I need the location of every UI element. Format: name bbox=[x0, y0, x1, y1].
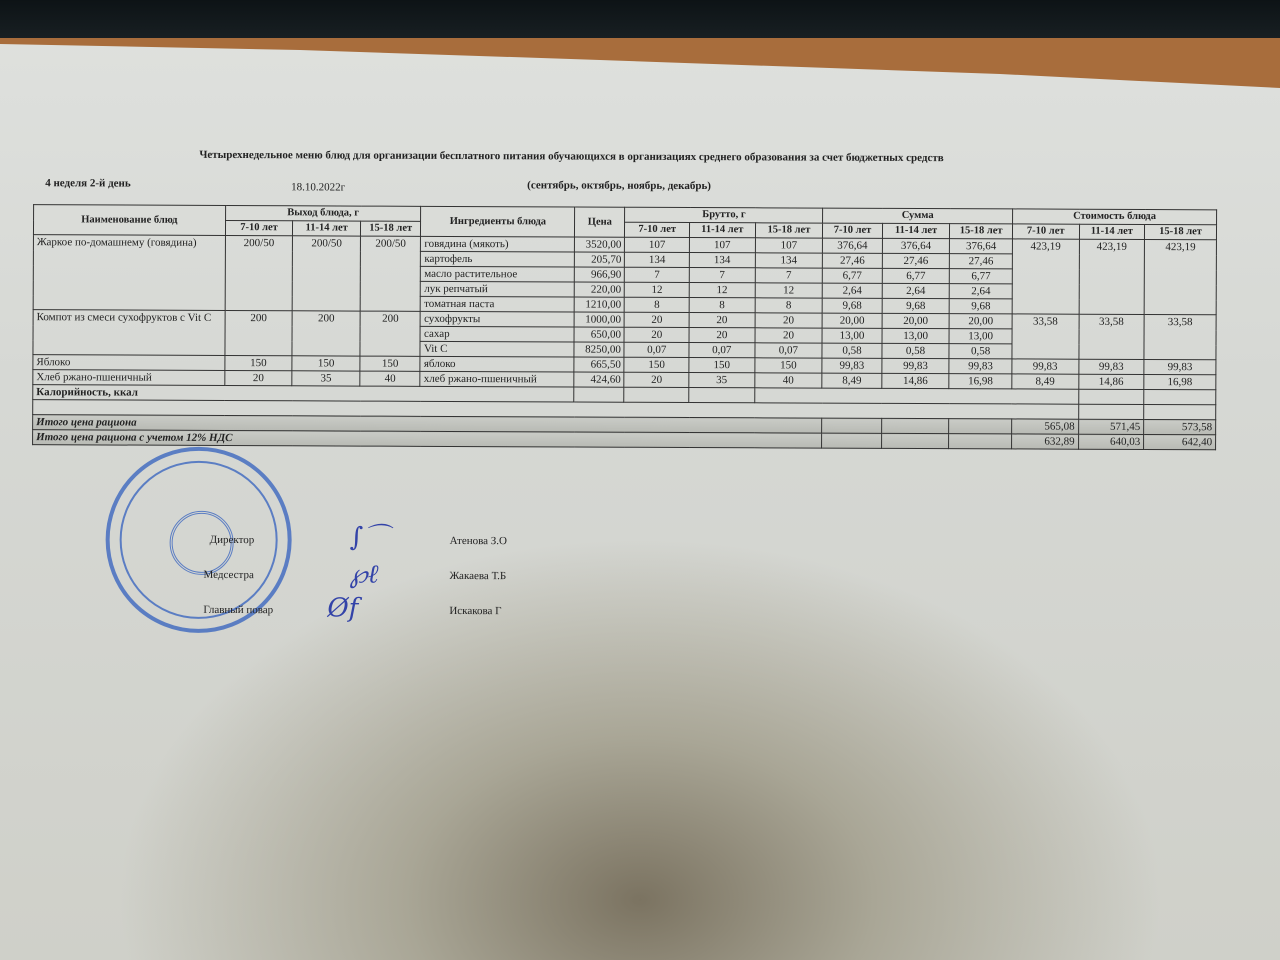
ingredient-name: сухофрукты bbox=[421, 311, 575, 327]
dish-yield: 150 bbox=[225, 355, 293, 370]
empty-cell bbox=[754, 388, 1078, 404]
dish-yield: 200 bbox=[225, 310, 293, 355]
ingredient-gross: 20 bbox=[689, 313, 755, 328]
total-value: 565,08 bbox=[1012, 419, 1079, 434]
dish-cost: 99,83 bbox=[1078, 359, 1144, 374]
ingredient-gross: 8 bbox=[755, 298, 823, 313]
ingredient-name: Vit C bbox=[420, 341, 574, 357]
header-cost-age: 7-10 лет bbox=[1012, 224, 1079, 239]
header-gross-age: 15-18 лет bbox=[755, 223, 823, 238]
ingredient-sum: 376,64 bbox=[823, 238, 883, 253]
ingredient-sum: 6,77 bbox=[950, 269, 1013, 284]
total-vat-value: 640,03 bbox=[1078, 434, 1144, 449]
ingredient-gross: 107 bbox=[755, 238, 823, 253]
empty-cell bbox=[881, 418, 949, 433]
dish-cost: 33,58 bbox=[1144, 314, 1216, 359]
dish-yield: 35 bbox=[292, 371, 360, 386]
header-yield: Выход блюда, г bbox=[225, 205, 421, 221]
ingredient-sum: 13,00 bbox=[822, 328, 882, 343]
ingredient-price: 650,00 bbox=[574, 327, 624, 342]
ingredient-price: 220,00 bbox=[574, 282, 624, 297]
dish-yield: 200 bbox=[360, 311, 421, 356]
signature-role: Главный повар bbox=[203, 604, 273, 616]
ingredient-gross: 7 bbox=[625, 267, 690, 282]
ingredient-sum: 27,46 bbox=[823, 253, 883, 268]
header-cost-age: 11-14 лет bbox=[1079, 224, 1145, 239]
ingredient-gross: 20 bbox=[625, 312, 690, 327]
ingredient-sum: 6,77 bbox=[882, 268, 950, 283]
ingredient-name: лук репчатый bbox=[421, 281, 575, 297]
ingredient-gross: 7 bbox=[689, 268, 755, 283]
signature-name: Атенова З.О bbox=[450, 535, 507, 547]
dish-yield: 150 bbox=[360, 356, 421, 371]
dish-cost: 14,86 bbox=[1078, 374, 1144, 389]
dish-cost: 33,58 bbox=[1078, 314, 1144, 359]
ingredient-price: 665,50 bbox=[574, 357, 624, 372]
ingredient-sum: 0,58 bbox=[822, 343, 882, 358]
ingredient-sum: 27,46 bbox=[950, 254, 1013, 269]
ingredient-gross: 107 bbox=[689, 238, 755, 253]
ingredient-sum: 99,83 bbox=[882, 358, 950, 373]
ingredient-sum: 20,00 bbox=[882, 313, 950, 328]
ingredient-sum: 14,86 bbox=[882, 373, 950, 388]
dish-cost: 423,19 bbox=[1144, 239, 1216, 314]
ingredient-gross: 0,07 bbox=[689, 343, 755, 358]
ingredient-name: сахар bbox=[420, 326, 574, 342]
ingredient-gross: 134 bbox=[755, 253, 823, 268]
ingredient-sum: 99,83 bbox=[822, 358, 882, 373]
signature-role: Директор bbox=[210, 534, 255, 546]
ingredient-sum: 16,98 bbox=[949, 374, 1012, 389]
dish-cost: 99,83 bbox=[1144, 359, 1216, 374]
empty-cell bbox=[689, 388, 755, 403]
ingredient-gross: 8 bbox=[689, 298, 755, 313]
ingredient-price: 424,60 bbox=[574, 372, 624, 387]
ingredient-gross: 0,07 bbox=[755, 343, 823, 358]
header-sum-age: 15-18 лет bbox=[950, 224, 1013, 239]
ingredient-gross: 0,07 bbox=[624, 342, 689, 357]
dish-name: Жаркое по-домашнему (говядина) bbox=[33, 235, 225, 311]
empty-cell bbox=[822, 418, 882, 433]
empty-cell bbox=[881, 433, 949, 448]
ingredient-sum: 9,68 bbox=[822, 298, 882, 313]
ingredient-sum: 2,64 bbox=[822, 283, 882, 298]
header-yield-age: 15-18 лет bbox=[360, 221, 421, 236]
empty-cell bbox=[949, 419, 1012, 434]
total-vat-value: 632,89 bbox=[1011, 434, 1078, 449]
dish-cost: 423,19 bbox=[1079, 239, 1145, 314]
header-sum: Сумма bbox=[823, 208, 1013, 224]
ingredient-gross: 8 bbox=[625, 297, 690, 312]
document-date: 18.10.2022г bbox=[291, 181, 345, 193]
document: Четырехнедельное меню блюд для организац… bbox=[0, 0, 1280, 960]
ingredient-gross: 20 bbox=[624, 327, 689, 342]
ingredient-gross: 35 bbox=[689, 373, 755, 388]
header-ingredients: Ингредиенты блюда bbox=[421, 206, 575, 237]
empty-cell bbox=[822, 433, 882, 448]
ingredient-gross: 150 bbox=[689, 358, 755, 373]
handwritten-signature: ∫⌒ bbox=[350, 517, 390, 554]
header-sum-age: 7-10 лет bbox=[823, 223, 883, 238]
dish-yield: 200/50 bbox=[225, 235, 293, 310]
dish-yield: 150 bbox=[292, 356, 360, 371]
ingredient-name: яблоко bbox=[420, 356, 574, 372]
ingredient-sum: 6,77 bbox=[823, 268, 883, 283]
header-yield-age: 7-10 лет bbox=[225, 220, 293, 235]
ingredient-gross: 134 bbox=[625, 252, 690, 267]
ingredient-sum: 2,64 bbox=[882, 283, 950, 298]
signature-name: Искакова Г bbox=[449, 605, 501, 617]
ingredient-gross: 7 bbox=[755, 268, 823, 283]
ingredient-gross: 134 bbox=[689, 253, 755, 268]
header-dish-cost: Стоимость блюда bbox=[1012, 209, 1216, 225]
menu-table: Наименование блюд Выход блюда, г Ингреди… bbox=[32, 204, 1217, 450]
handwritten-signature: ℘ℓ bbox=[349, 560, 378, 590]
dish-name: Хлеб ржано-пшеничный bbox=[33, 370, 225, 386]
dish-yield: 200 bbox=[292, 311, 360, 356]
ingredient-price: 3520,00 bbox=[575, 237, 625, 252]
dish-name: Компот из смеси сухофруктов с Vit C bbox=[33, 310, 225, 356]
header-gross: Брутто, г bbox=[625, 207, 823, 223]
ingredient-name: масло растительное bbox=[421, 266, 575, 282]
header-price: Цена bbox=[575, 207, 625, 237]
document-subtitle: (сентябрь, октябрь, ноябрь, декабрь) bbox=[527, 179, 711, 192]
total-vat-label: Итого цена рациона с учетом 12% НДС bbox=[33, 430, 822, 448]
ingredient-price: 1000,00 bbox=[574, 312, 624, 327]
header-gross-age: 7-10 лет bbox=[625, 222, 690, 237]
ingredient-gross: 40 bbox=[754, 373, 822, 388]
ingredient-gross: 20 bbox=[755, 313, 823, 328]
empty-cell bbox=[1078, 389, 1144, 404]
dish-name: Яблоко bbox=[33, 355, 225, 371]
ingredient-sum: 9,68 bbox=[882, 298, 950, 313]
dish-yield: 20 bbox=[225, 370, 293, 385]
header-sum-age: 11-14 лет bbox=[882, 223, 950, 238]
ingredient-gross: 12 bbox=[625, 282, 690, 297]
ingredient-sum: 20,00 bbox=[822, 313, 882, 328]
ingredient-price: 205,70 bbox=[575, 252, 625, 267]
week-day: 4 неделя 2-й день bbox=[45, 177, 131, 189]
dish-yield: 200/50 bbox=[360, 236, 421, 311]
ingredient-name: говядина (мякоть) bbox=[421, 236, 575, 252]
empty-cell bbox=[1144, 389, 1216, 404]
dish-cost: 423,19 bbox=[1012, 239, 1079, 314]
ingredient-price: 1210,00 bbox=[574, 297, 624, 312]
empty-cell bbox=[574, 387, 624, 402]
handwritten-signature: Øf bbox=[327, 593, 358, 623]
dish-cost: 99,83 bbox=[1012, 359, 1079, 374]
empty-cell bbox=[949, 434, 1012, 449]
total-vat-value: 642,40 bbox=[1144, 434, 1216, 449]
ingredient-sum: 27,46 bbox=[882, 253, 950, 268]
ingredient-sum: 0,58 bbox=[949, 344, 1012, 359]
ingredient-gross: 150 bbox=[755, 358, 823, 373]
ingredient-gross: 12 bbox=[755, 283, 823, 298]
total-value: 573,58 bbox=[1144, 419, 1216, 434]
ingredient-price: 966,90 bbox=[575, 267, 625, 282]
dish-cost: 16,98 bbox=[1144, 374, 1216, 389]
ingredient-name: томатная паста bbox=[421, 296, 575, 312]
ingredient-gross: 12 bbox=[689, 283, 755, 298]
header-gross-age: 11-14 лет bbox=[690, 223, 756, 238]
ingredient-gross: 20 bbox=[755, 328, 823, 343]
dish-yield: 40 bbox=[360, 371, 421, 386]
signature-role: Медсестра bbox=[203, 569, 253, 581]
dish-cost: 8,49 bbox=[1012, 374, 1079, 389]
ingredient-sum: 13,00 bbox=[882, 328, 950, 343]
ingredient-name: хлеб ржано-пшеничный bbox=[420, 371, 574, 387]
header-dish-name: Наименование блюд bbox=[33, 205, 225, 236]
empty-cell bbox=[1144, 404, 1216, 419]
ingredient-sum: 13,00 bbox=[949, 329, 1012, 344]
ingredient-sum: 0,58 bbox=[882, 343, 950, 358]
calories-label: Калорийность, ккал bbox=[33, 385, 574, 402]
ingredient-gross: 20 bbox=[624, 372, 689, 387]
ingredient-sum: 20,00 bbox=[949, 314, 1012, 329]
header-yield-age: 11-14 лет bbox=[293, 221, 361, 236]
ingredient-sum: 2,64 bbox=[950, 284, 1013, 299]
signature-name: Жакаева Т.Б bbox=[449, 570, 506, 582]
ingredient-gross: 150 bbox=[624, 357, 689, 372]
ingredient-gross: 107 bbox=[625, 237, 690, 252]
empty-cell bbox=[624, 387, 689, 402]
document-title: Четырехнедельное меню блюд для организац… bbox=[199, 149, 943, 164]
ingredient-sum: 8,49 bbox=[822, 373, 882, 388]
total-value: 571,45 bbox=[1078, 419, 1144, 434]
ingredient-gross: 20 bbox=[689, 328, 755, 343]
ingredient-sum: 9,68 bbox=[950, 299, 1013, 314]
dish-cost: 33,58 bbox=[1012, 314, 1079, 359]
dish-yield: 200/50 bbox=[292, 236, 360, 311]
header-cost-age: 15-18 лет bbox=[1145, 224, 1217, 239]
ingredient-sum: 99,83 bbox=[949, 359, 1012, 374]
ingredient-sum: 376,64 bbox=[882, 238, 950, 253]
empty-cell bbox=[1078, 404, 1144, 419]
ingredient-sum: 376,64 bbox=[950, 239, 1013, 254]
ingredient-name: картофель bbox=[421, 251, 575, 267]
ingredient-price: 8250,00 bbox=[574, 342, 624, 357]
